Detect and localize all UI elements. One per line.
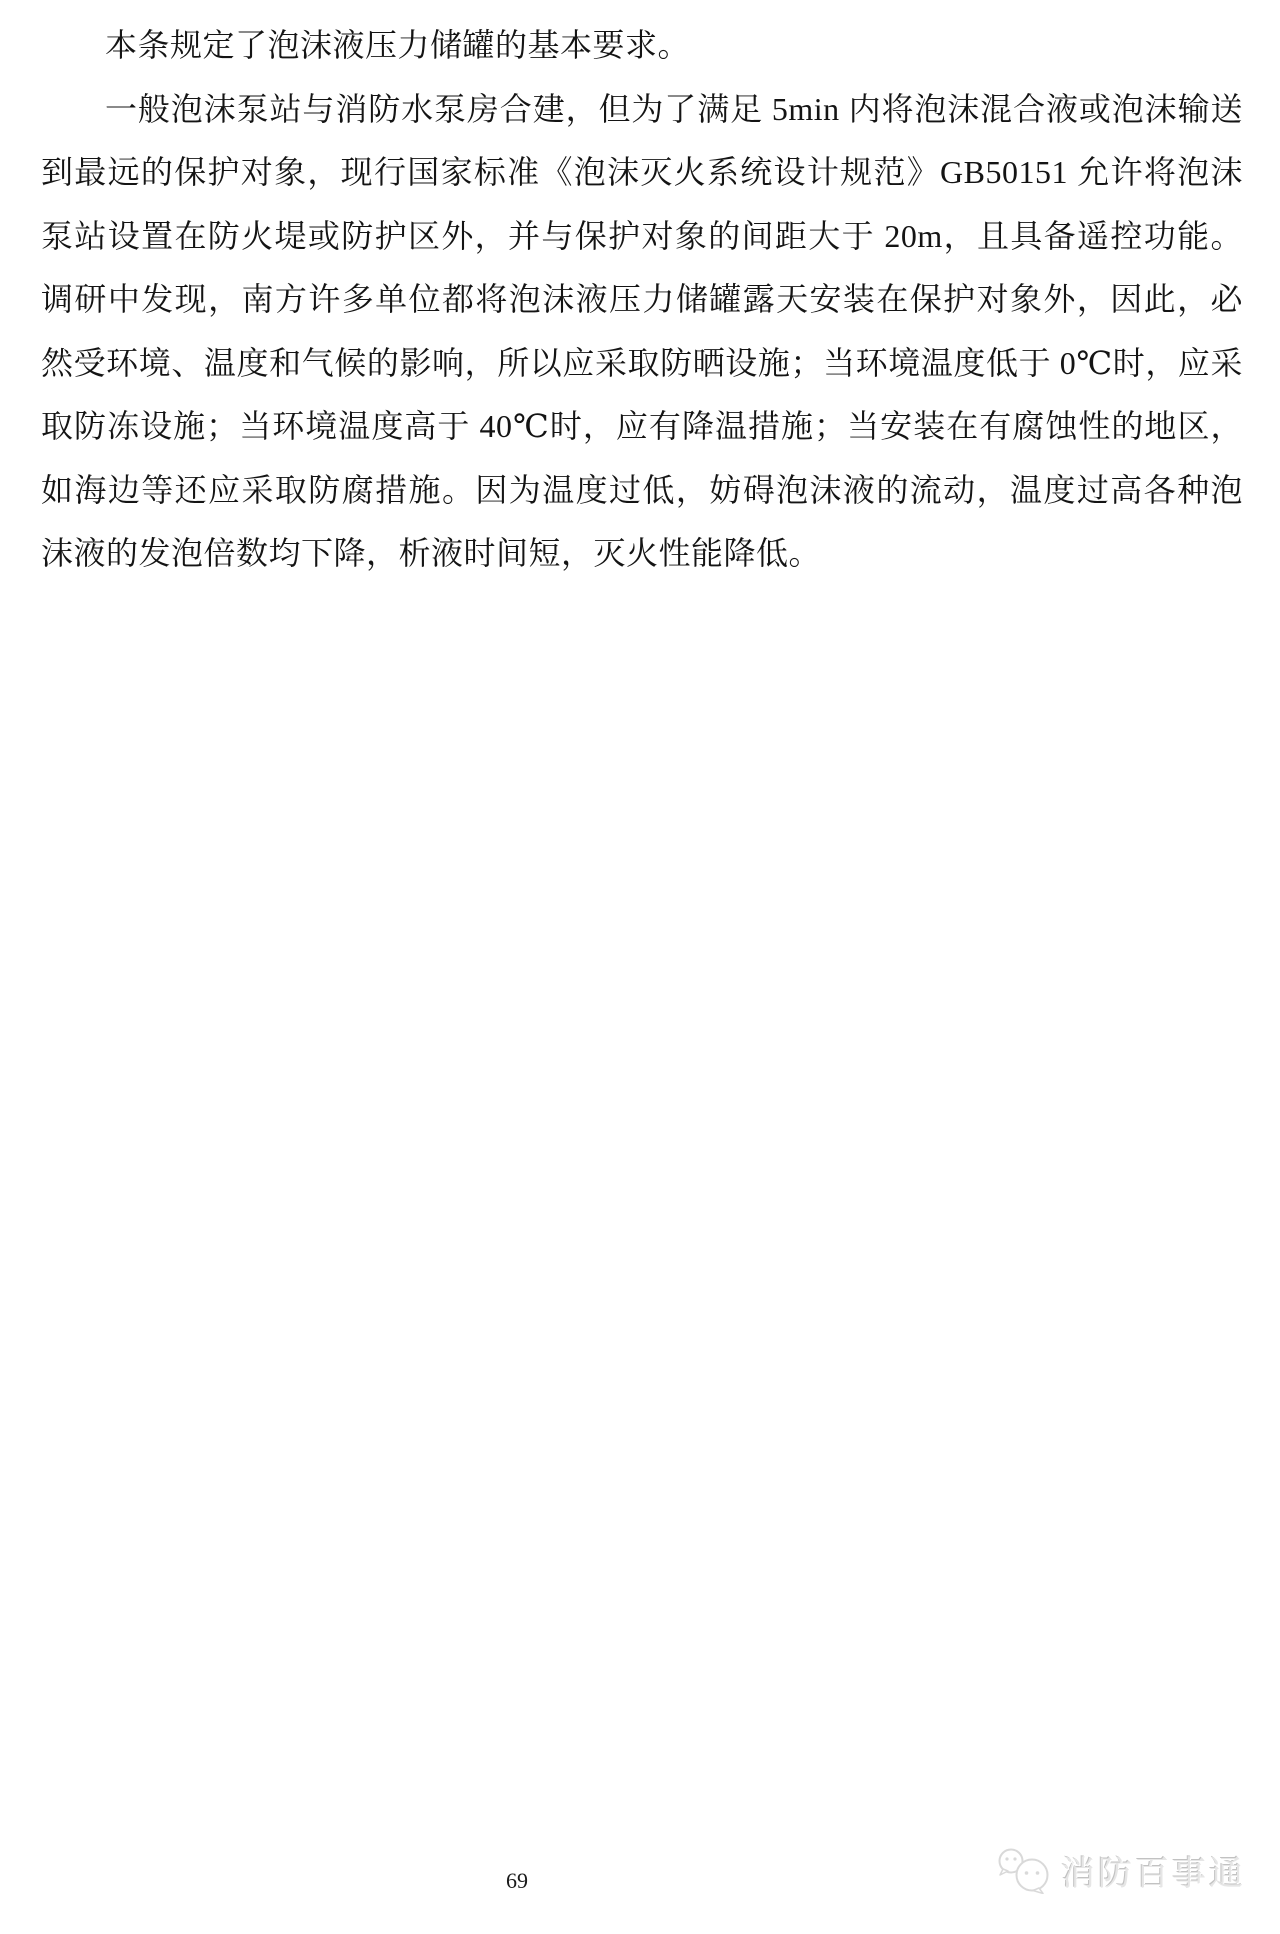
document-page: 本条规定了泡沫液压力储罐的基本要求。 一般泡沫泵站与消防水泵房合建，但为了满足 … bbox=[0, 0, 1280, 1934]
paragraph: 一般泡沫泵站与消防水泵房合建，但为了满足 5min 内将泡沫混合液或泡沫输送到最… bbox=[41, 78, 1243, 586]
watermark: 消防百事通 bbox=[995, 1846, 1246, 1895]
body-text: 本条规定了泡沫液压力储罐的基本要求。 一般泡沫泵站与消防水泵房合建，但为了满足 … bbox=[41, 14, 1243, 586]
chat-bubbles-icon bbox=[995, 1848, 1053, 1894]
paragraph: 本条规定了泡沫液压力储罐的基本要求。 bbox=[41, 14, 1243, 78]
watermark-text: 消防百事通 bbox=[1061, 1846, 1246, 1895]
page-number: 69 bbox=[492, 1868, 542, 1894]
